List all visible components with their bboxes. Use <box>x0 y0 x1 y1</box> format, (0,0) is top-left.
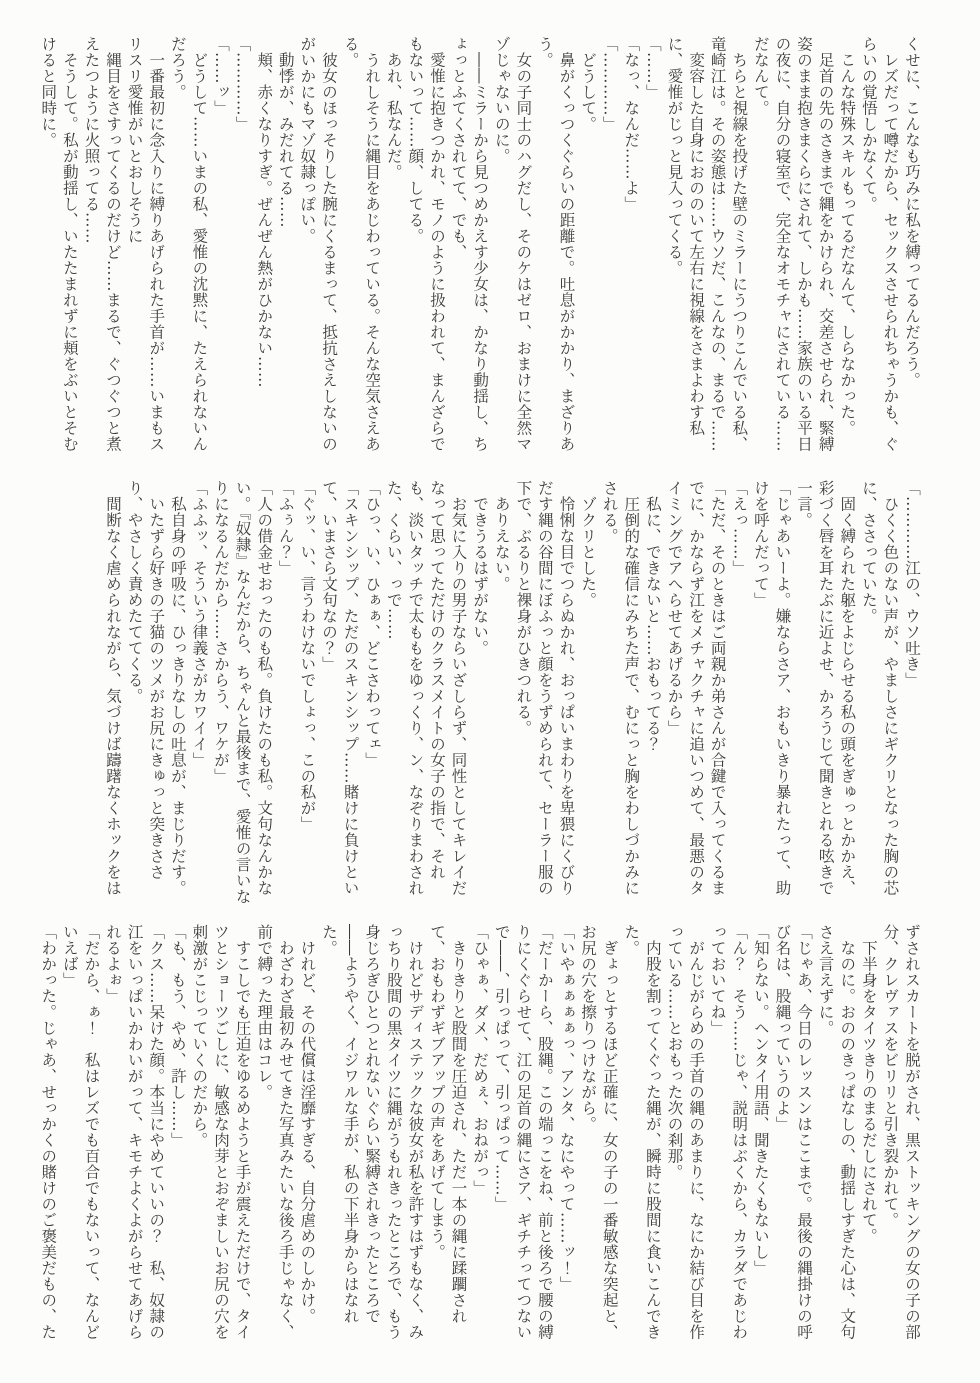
paragraph: 「ふぅん？」 <box>274 480 296 910</box>
paragraph: くせに、こんなも巧みに私を縛ってるんだろう。 <box>900 36 922 466</box>
paragraph: あれ、私なんだ。 <box>382 36 404 466</box>
paragraph: どうして。 <box>577 36 599 466</box>
paragraph: そうして。私が動揺し、いたたまれずに頬をぶいとそむけると同時に。 <box>38 36 80 466</box>
manuscript-page: くせに、こんなも巧みに私を縛ってるんだろう。 レズだって噂だから、セックスさせら… <box>0 0 980 1383</box>
paragraph: 下半身をタイツきりのまるだしにされて。 <box>857 924 879 1354</box>
paragraph: けれど、その代償は淫靡すぎる、自分虐めのしかけ。 <box>296 924 318 1354</box>
paragraph: 「……」 <box>641 36 663 466</box>
paragraph: がんじがらめの手首の縄のあまりに、なにか結び目を作っている……とおもった次の刹那… <box>663 924 706 1354</box>
paragraph: 頬、赤くなりすぎ。ぜんぜん熱がひかない…… <box>253 36 275 466</box>
paragraph: 内股を割ってくぐった縄が、瞬時に股間に食いこんできた。 <box>620 924 663 1354</box>
paragraph: 「ん？ そう……じゃ、説明はぶくから、カラダであじわっておいてね」 <box>706 924 749 1354</box>
paragraph: なのに。おののきっぱなしの、動揺しすぎた心は、文句さえ言えずに。 <box>814 924 857 1354</box>
paragraph: こんな特殊スキルもってるだなんて、しらなかった。 <box>836 36 858 466</box>
paragraph: 私に、できないと……おもってる？ <box>641 480 663 910</box>
paragraph: 「だから、ぁ！ 私はレズでも百合でもないって、なんどいえば」 <box>58 924 101 1354</box>
paragraph: 私自身の呼吸に、ひっきりなしの吐息が、まじりだす。 <box>166 480 188 910</box>
paragraph: ちらと視線を投げた壁のミラーにうつりこんでいる私、竜崎江は。その姿態は……ウソだ… <box>706 36 749 466</box>
paragraph: 「ひゃぁ、ダメ、だめぇ、おねがっ」 <box>469 924 491 1354</box>
paragraph: 一番最初に念入りに縛りあげられた手首が……いまもスリスリ愛惟がいとおしそうに <box>123 36 166 466</box>
paragraph: できうるはずがない。 <box>469 480 491 910</box>
paragraph: どうして……いまの私、愛惟の沈黙に、たえられないんだろう。 <box>166 36 209 466</box>
paragraph: 「人の借金せおったのも私。負けたのも私。文句なんかない。『奴隷』なんだから、ちゃ… <box>209 480 274 910</box>
paragraph: わざわざ最初みせてきた写真みたいな後ろ手じゃなく、前で縛った理由はコレ。 <box>253 924 296 1354</box>
paragraph: うれしそうに縄目をあじわっている。そんな空気さえある。 <box>339 36 382 466</box>
paragraph: 動悸が、みだれてる…… <box>274 36 296 466</box>
paragraph: 「……ッ」 <box>209 36 231 466</box>
paragraph: 「スキンシップ、ただのスキンシップ……賭けに負けといて、いまさら文句なの？」 <box>317 480 360 910</box>
paragraph: 鼻がくっつくぐらいの距離で。吐息がかかり、まざりあう。 <box>533 36 576 466</box>
paragraph: 足首の先のさきまで縄をかけられ、交差させられ、緊縛姿のまま抱きまくらにされて、し… <box>749 36 835 466</box>
paragraph: 縄目をさすってくるのだけど……まるで、ぐつぐつと煮えたつように火照ってる…… <box>80 36 123 466</box>
paragraph: 「クス……呆けた顔。本当にやめていいの？ 私、奴隷の江をいっぱいかわいがって、キ… <box>101 924 166 1354</box>
paragraph: 「じゃあ、今日のレッスンはここまで。最後の縄掛けの呼び名は、股縄っていうのよ」 <box>771 924 814 1354</box>
paragraph: すこしでも圧迫をゆるめようと手が震えただけで、タイツとショーツごしに、敏感な肉芽… <box>188 924 253 1354</box>
paragraph: 「えっ……」 <box>728 480 750 910</box>
paragraph: 「…………」 <box>231 36 253 466</box>
paragraph: 彼女のほっそりした腕にくるまって、抵抗さえしないのがいかにもマゾ奴隷っぽい。 <box>296 36 339 466</box>
paragraph: 「も、もう、やめ、許し……」 <box>166 924 188 1354</box>
paragraph: 女の子同士のハグだし、そのケはゼロ、おまけに全然マゾじゃないのに。 <box>490 36 533 466</box>
paragraph: 「知らない。ヘンタイ用語、聞きたくもないし」 <box>749 924 771 1354</box>
paragraph: いたずら好きの子猫のツメがお尻にきゅっと突きささり、やさしく責めたててくる。 <box>123 480 166 910</box>
paragraph: 「じゃあいーよ。嫌ならさア、おもいきり暴れたって、助けを呼んだって」 <box>749 480 792 910</box>
paragraph: 「ぐッ、い、言うわけないでしょっ、この私が」 <box>296 480 318 910</box>
paragraph: ゾクリとした。 <box>577 480 599 910</box>
paragraph: 「わかった。じゃあ、せっかくの賭けのご褒美だもの、たんのうさせてもらうわァ。この… <box>38 924 58 1354</box>
paragraph: ありえない。 <box>490 480 512 910</box>
paragraph: 愛惟に抱きつかれ、モノのように扱われて、まんざらでもないって……顔、してる。 <box>404 36 447 466</box>
paragraph: ひくく色のない声が、やましさにギクリとなった胸の芯に、ささっていた。 <box>857 480 900 910</box>
paragraph: レズだって噂だから、セックスさせられちゃうかも、ぐらいの覚悟しかなくて。 <box>857 36 900 466</box>
paragraph: 変容した自身におののいて左右に視線をさまよわす私に、愛惟がじっと見入ってくる。 <box>663 36 706 466</box>
paragraph: 「だーかーら、股縄。この端っこをね、前と後ろで腰の縛りにくぐらせて、江の足首の縄… <box>490 924 555 1354</box>
paragraph: 「ひっ、い、ひぁぁ、どこさわってェ」 <box>361 480 383 910</box>
paragraph: 間断なく虐められながら、気づけば躊躇なくホックをは <box>101 480 123 910</box>
paragraph: 固く縛られた躯をよじらせる私の頭をぎゅっとかかえ、彩づく唇を耳たぶに近よせ、かろ… <box>792 480 857 910</box>
paragraph: 怜悧な目でつらぬかれ、おっぱいまわりを卑猥にくびりだす縄の谷間にぼふっと顔をうず… <box>512 480 577 910</box>
paragraph: ――ミラーから見つめかえす少女は、かなり動揺し、ちょっとふてくされてて、でも、 <box>447 36 490 466</box>
paragraph: 「ただ、そのときはご両親か弟さんが合鍵で入ってくるまでに、かならず江をメチャクチ… <box>663 480 728 910</box>
paragraph: けれどサディステックな彼女が私を許すはずもなく、みっちり股間の黒タイツに縄がうも… <box>317 924 425 1354</box>
paragraph: ずされスカートを脱がされ、黒ストッキングの女の子の部分、クレヴァスをビリリと引き… <box>879 924 922 1354</box>
paragraph: 「…………」 <box>598 36 620 466</box>
paragraph: 「なっ、なんだ……よ」 <box>620 36 642 466</box>
paragraph: 「…………江の、ウソ吐き」 <box>900 480 922 910</box>
text-band-top: くせに、こんなも巧みに私を縛ってるんだろう。 レズだって噂だから、セックスさせら… <box>38 36 922 466</box>
text-band-middle: 「…………江の、ウソ吐き」 ひくく色のない声が、やましさにギクリとなった胸の芯に… <box>38 480 922 910</box>
paragraph: きりきりと股間を圧迫され、ただ一本の縄に蹂躙されて、おもわずギブアップの声をあげ… <box>425 924 468 1354</box>
text-band-bottom: ずされスカートを脱がされ、黒ストッキングの女の子の部分、クレヴァスをビリリと引き… <box>38 924 922 1354</box>
paragraph: 「ふふッ、そういう律義さがカワイイ」 <box>188 480 210 910</box>
paragraph: お気に入りの男子ならいざしらず、同性としてキレイだなって思ってただけのクラスメイ… <box>382 480 468 910</box>
paragraph: ぎょっとするほど正確に、女の子の一番敏感な突起と、お尻の穴を擦りつけながら。 <box>577 924 620 1354</box>
paragraph: 圧倒的な確信にみちた声で、むにっと胸をわしづかみにされる。 <box>598 480 641 910</box>
paragraph: 「いやぁぁぁぁっ、アンタ、なにやって……ッ！」 <box>555 924 577 1354</box>
